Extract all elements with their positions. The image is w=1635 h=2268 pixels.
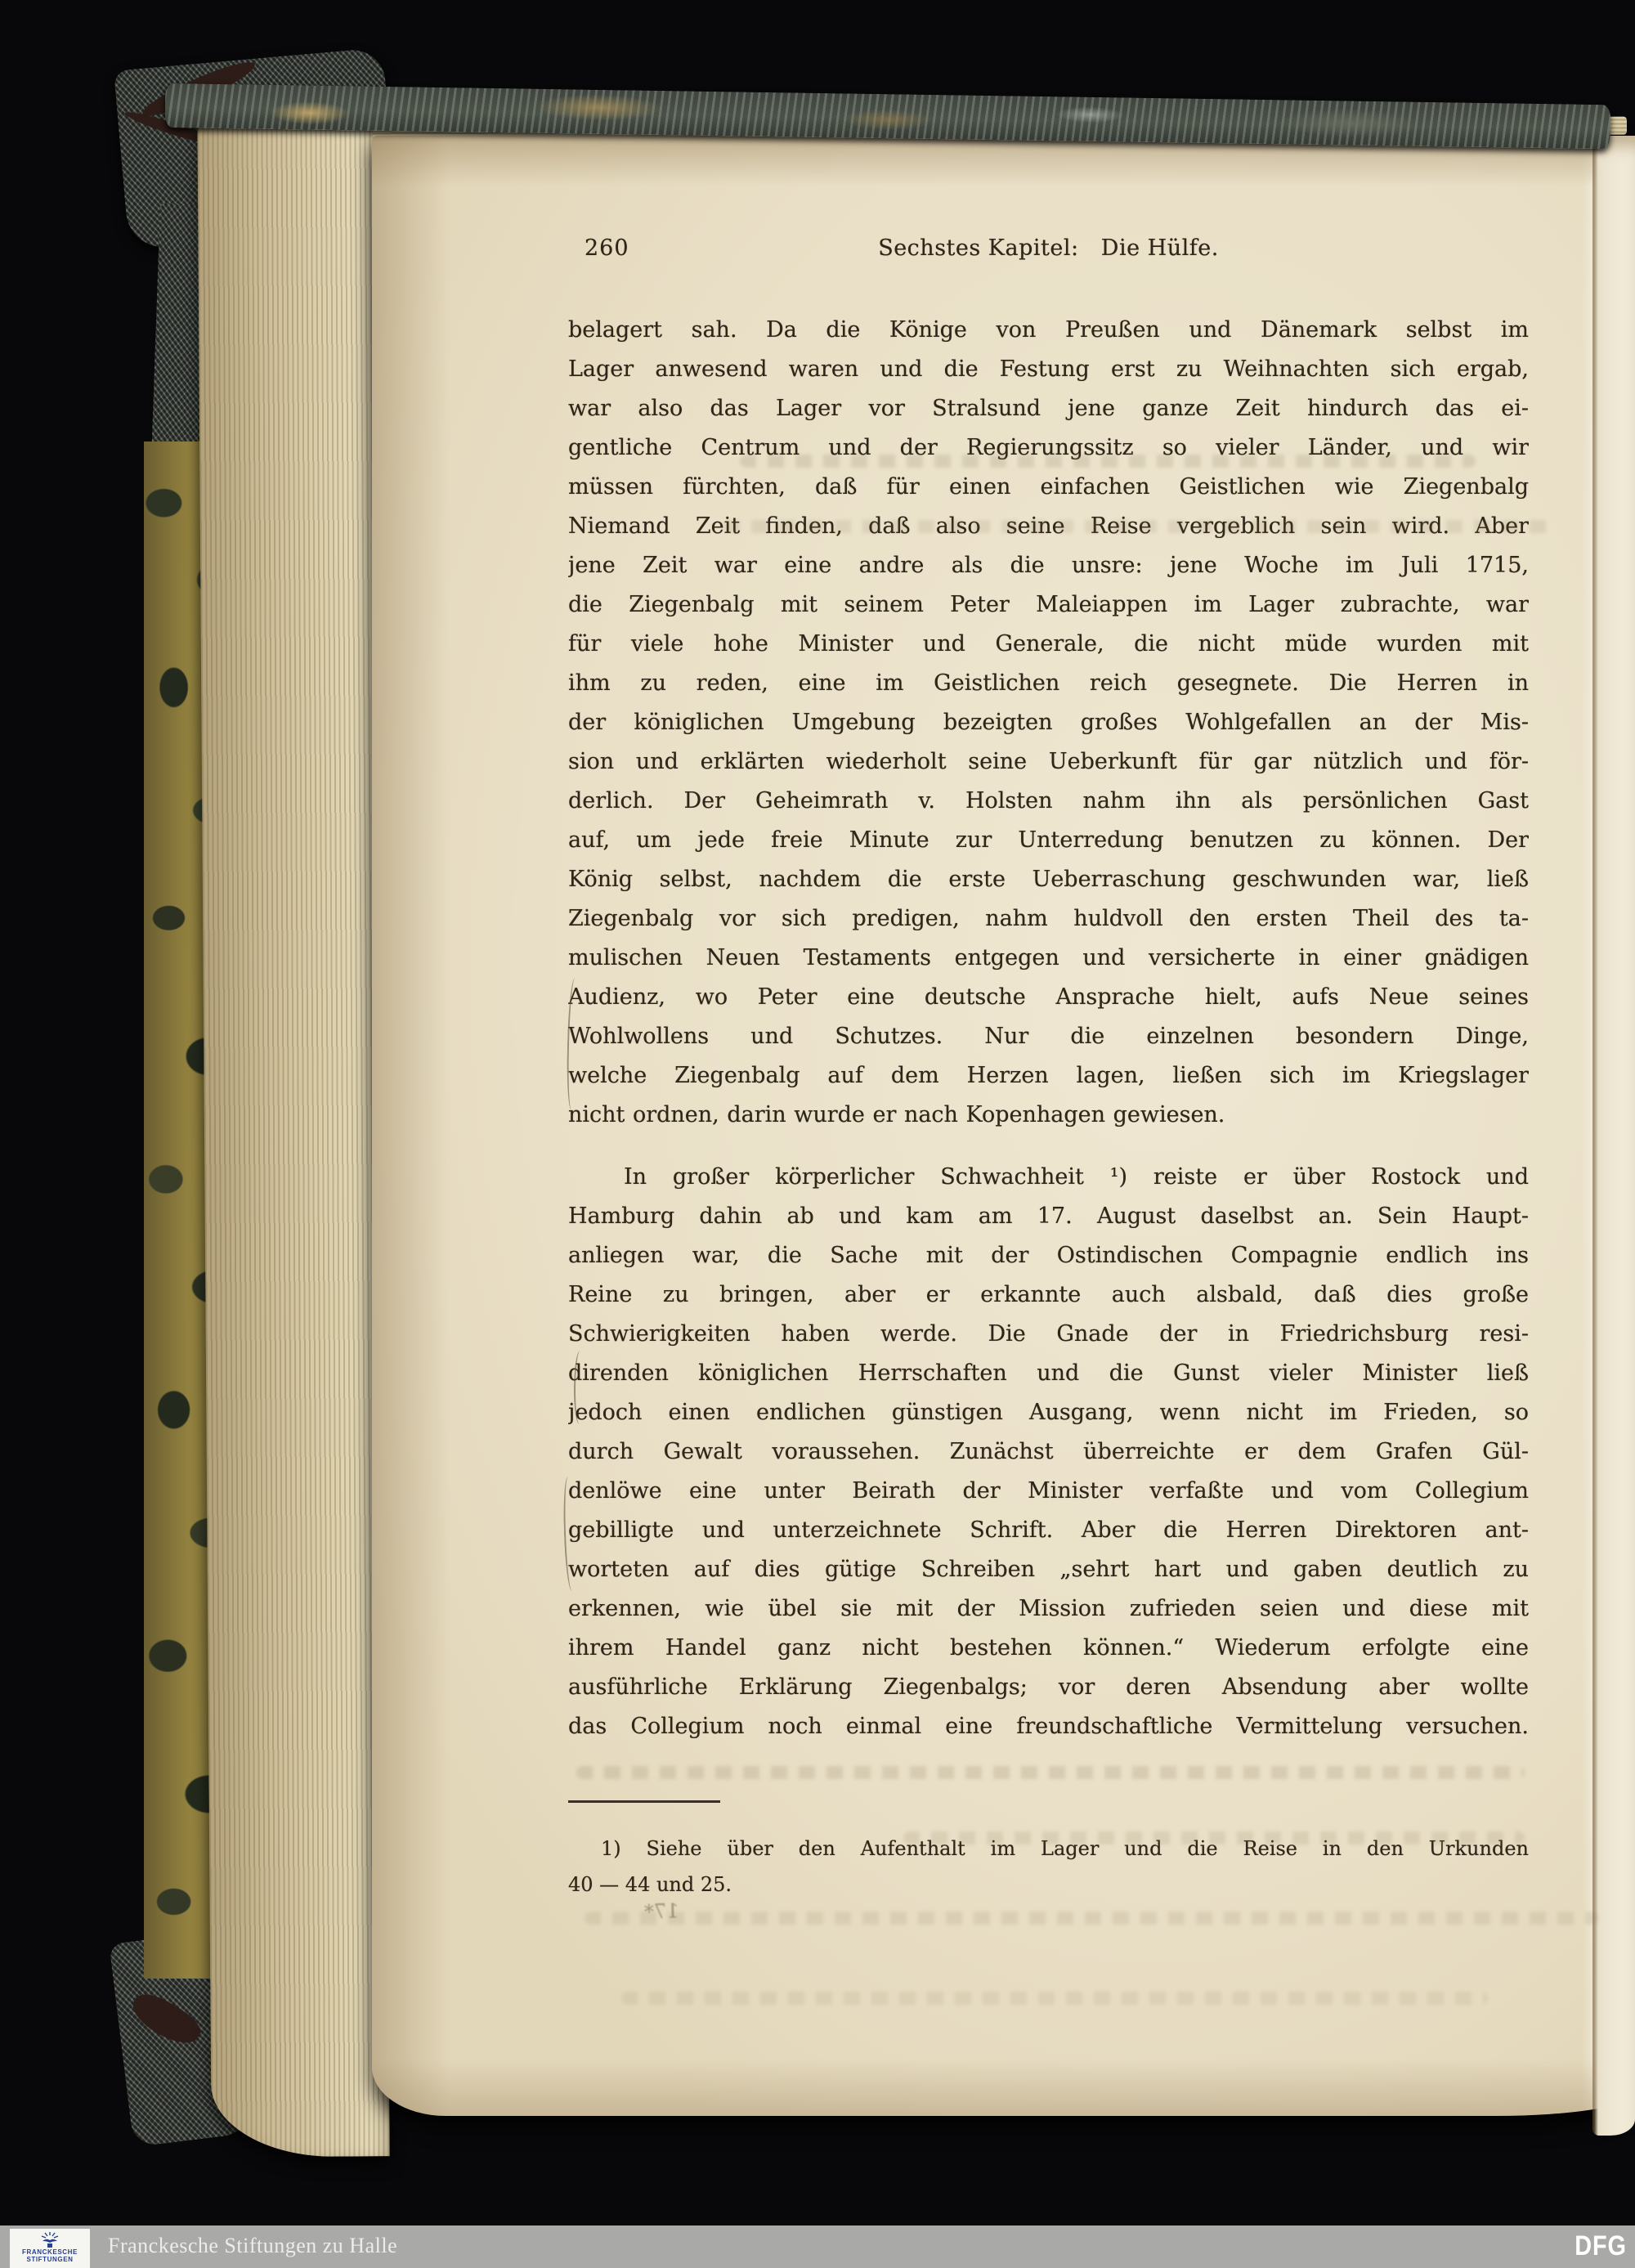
text-line: denlöwe eine unter Beirath der Minister … <box>568 1472 1529 1511</box>
scanned-book-photo: 260 Sechstes Kapitel: Die Hülfe. belager… <box>0 0 1635 2268</box>
text-line: die Ziegenbalg mit seinem Peter Maleiapp… <box>568 585 1529 625</box>
text-line: derlich. Der Geheimrath v. Holsten nahm … <box>568 782 1529 821</box>
bleedthrough-text-ghost <box>576 1766 1525 1779</box>
text-line: direnden königlichen Herrschaften und di… <box>568 1354 1529 1393</box>
logo-caption: FRANCKESCHE STIFTUNGEN <box>22 2249 78 2263</box>
text-line: das Collegium noch einmal eine freundsch… <box>568 1707 1529 1746</box>
text-line: erkennen, wie übel sie mit der Mission z… <box>568 1589 1529 1629</box>
text-line: Hamburg dahin ab und kam am 17. August d… <box>568 1197 1529 1236</box>
bleedthrough-text-ghost <box>740 455 1476 468</box>
margin-pencil-mark <box>574 1351 585 1424</box>
text-line: auf, um jede freie Minute zur Unterredun… <box>568 821 1529 860</box>
paragraph: In großer körperlicher Schwachheit ¹) re… <box>568 1158 1529 1746</box>
book-page: 260 Sechstes Kapitel: Die Hülfe. belager… <box>372 136 1635 2116</box>
bleedthrough-signature-mark: 17* <box>644 1899 679 1923</box>
viewer-footer-bar: FRANCKESCHE STIFTUNGEN Franckesche Stift… <box>0 2225 1635 2268</box>
page-header: 260 Sechstes Kapitel: Die Hülfe. <box>568 235 1529 271</box>
text-line: nicht ordnen, darin wurde er nach Kopenh… <box>568 1096 1529 1135</box>
text-line: Wohlwollens und Schutzes. Nur die einzel… <box>568 1017 1529 1056</box>
text-line: ihm zu reden, eine im Geistlichen reich … <box>568 664 1529 703</box>
text-line: gebilligte und unterzeichnete Schrift. A… <box>568 1511 1529 1550</box>
dfg-logo: DFG <box>1575 2230 1627 2262</box>
logo-caption-line2: STIFTUNGEN <box>22 2257 78 2264</box>
text-line: Reine zu bringen, aber er erkannte auch … <box>568 1275 1529 1315</box>
text-line: Audienz, wo Peter eine deutsche Ansprach… <box>568 978 1529 1017</box>
bleedthrough-text-ghost <box>621 1992 1488 2005</box>
text-line: müssen fürchten, daß für einen einfachen… <box>568 468 1529 507</box>
institution-label: Franckesche Stiftungen zu Halle <box>108 2234 397 2258</box>
text-line: der königlichen Umgebung bezeigten große… <box>568 703 1529 742</box>
text-line: durch Gewalt voraussehen. Zunächst überr… <box>568 1432 1529 1472</box>
page-text-block: 260 Sechstes Kapitel: Die Hülfe. belager… <box>568 235 1529 1903</box>
eagle-sun-logo-icon <box>38 2231 62 2249</box>
chapter-running-title: Sechstes Kapitel: Die Hülfe. <box>568 235 1529 261</box>
page-number: 260 <box>585 235 629 261</box>
text-line: ihrem Handel ganz nicht bestehen können.… <box>568 1629 1529 1668</box>
facing-page-edge <box>1592 141 1635 2136</box>
text-line: belagert sah. Da die Könige von Preußen … <box>568 311 1529 350</box>
text-line: welche Ziegenbalg auf dem Herzen lagen, … <box>568 1056 1529 1096</box>
text-line: jene Zeit war eine andre als die unsre: … <box>568 546 1529 585</box>
bleedthrough-text-ghost <box>585 1912 1598 1925</box>
text-line: Ziegenbalg vor sich predigen, nahm huldv… <box>568 899 1529 939</box>
text-line: für viele hohe Minister und Generale, di… <box>568 625 1529 664</box>
text-line: Schwierigkeiten haben werde. Die Gnade d… <box>568 1315 1529 1354</box>
text-line: Lager anwesend waren und die Festung ers… <box>568 350 1529 389</box>
footnote-rule <box>568 1800 720 1803</box>
footnote-line: 40 — 44 und 25. <box>568 1867 1529 1903</box>
text-line: war also das Lager vor Stralsund jene ga… <box>568 389 1529 428</box>
text-line: sion und erklärten wiederholt seine Uebe… <box>568 742 1529 782</box>
text-line: ausführliche Erklärung Ziegenbalgs; vor … <box>568 1668 1529 1707</box>
text-line: König selbst, nachdem die erste Ueberras… <box>568 860 1529 899</box>
text-line: mulischen Neuen Testaments entgegen und … <box>568 939 1529 978</box>
bleedthrough-text-ghost <box>723 520 1557 533</box>
text-line: jedoch einen endlichen günstigen Ausgang… <box>568 1393 1529 1432</box>
text-line: In großer körperlicher Schwachheit ¹) re… <box>568 1158 1529 1197</box>
text-line: anliegen war, die Sache mit der Ostindis… <box>568 1236 1529 1275</box>
bleedthrough-text-ghost <box>903 1831 1525 1844</box>
text-line: worteten auf dies gütige Schreiben „sehr… <box>568 1550 1529 1589</box>
franckesche-stiftungen-logo: FRANCKESCHE STIFTUNGEN <box>10 2229 90 2268</box>
paragraph: belagert sah. Da die Könige von Preußen … <box>568 311 1529 1135</box>
page-block-fore-edge <box>197 112 389 2157</box>
